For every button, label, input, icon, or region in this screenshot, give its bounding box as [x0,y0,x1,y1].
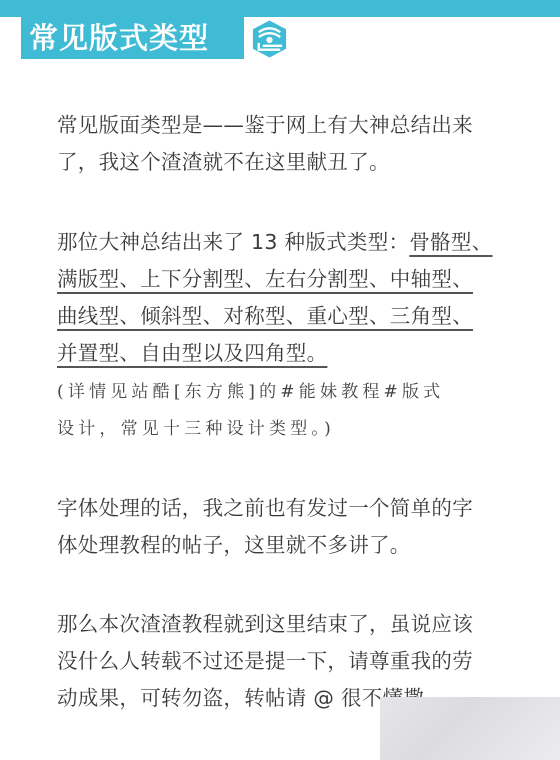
text-line: 常见版面类型是——鉴于网上有大神总结出来 [57,107,517,144]
text-line: 字体处理的话，我之前也有发过一个简单的字 [57,490,517,527]
text-line: 了，我这个渣渣就不在这里献丑了。 [57,144,517,181]
text-line: 没什么人转载不过还是提一下，请尊重我的劳 [57,643,517,680]
text-line: 那么本次渣渣教程就到这里结束了，虽说应该 [57,606,517,643]
paragraph-font-handling: 字体处理的话，我之前也有发过一个简单的字 体处理教程的帖子，这里就不多讲了。 [57,490,517,564]
top-accent-band [0,0,560,17]
text-line: 体处理教程的帖子，这里就不多讲了。 [57,527,517,564]
text-line: 那位大神总结出来了 13 种版式类型：骨骼型、 [57,224,517,261]
corner-overlay [380,697,560,760]
paragraph-layout-types: 那位大神总结出来了 13 种版式类型：骨骼型、 满版型、上下分割型、左右分割型、… [57,224,517,372]
underlined-type-list: 并置型、自由型以及四角型。 [57,335,517,372]
hexagon-eye-logo-icon [250,19,289,59]
note-line: 设计，常见十三种设计类型。) [57,411,517,448]
underlined-type-list: 骨骼型、 [409,230,492,254]
underlined-type-list: 满版型、上下分割型、左右分割型、中轴型、 [57,261,517,298]
reference-note: (详情见站酷[东方熊]的#能妹教程#版式 设计，常见十三种设计类型。) [57,374,517,448]
types-intro-text: 那位大神总结出来了 13 种版式类型： [57,230,409,254]
underlined-type-list: 曲线型、倾斜型、对称型、重心型、三角型、 [57,298,517,335]
section-title: 常见版式类型 [21,17,244,59]
note-line: (详情见站酷[东方熊]的#能妹教程#版式 [57,374,517,411]
paragraph-intro: 常见版面类型是——鉴于网上有大神总结出来 了，我这个渣渣就不在这里献丑了。 [57,107,517,181]
